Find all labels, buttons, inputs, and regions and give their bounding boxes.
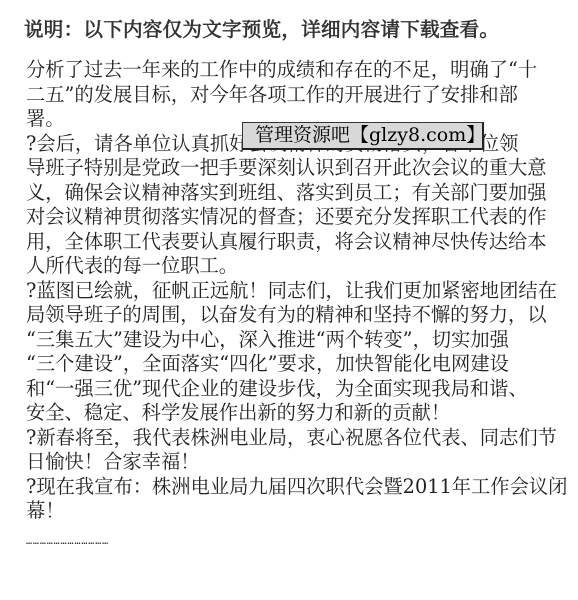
text-line: 导班子特别是党政一把手要深刻认识到召开此次会议的重大意 [26, 156, 566, 181]
text-line: ?蓝图已绘就，征帆正远航！同志们，让我们更加紧密地团结在 [26, 279, 566, 304]
text-line: 安全、稳定、科学发展作出新的努力和新的贡献！ [26, 401, 566, 426]
text-line: “三集五大”建设为中心，深入推进“两个转变”，切实加强 [26, 328, 566, 353]
text-line: 对会议精神贯彻落实情况的督查；还要充分发挥职工代表的作 [26, 205, 566, 230]
watermark-banner: 管理资源吧【glzy8.com】 [242, 122, 484, 150]
preview-notice-heading: 说明：以下内容仅为文字预览，详细内容请下载查看。 [24, 17, 499, 43]
text-line: 幕！ [26, 499, 566, 524]
text-line: 和“一强三优”现代企业的建设步伐，为全面实现我局和谐、 [26, 377, 566, 402]
ellipsis-separator: ……………………………… [26, 536, 109, 548]
text-line: 日愉快！合家幸福！ [26, 450, 566, 475]
text-line: ?新春将至，我代表株洲电业局，衷心祝愿各位代表、同志们节 [26, 426, 566, 451]
text-line: 二五”的发展目标，对今年各项工作的开展进行了安排和部 [26, 83, 566, 108]
text-line: 义，确保会议精神落实到班组、落实到员工；有关部门要加强 [26, 181, 566, 206]
text-line: 用，全体职工代表要认真履行职责，将会议精神尽快传达给本 [26, 230, 566, 255]
text-line: 人所代表的每一位职工。 [26, 254, 566, 279]
text-line: 分析了过去一年来的工作中的成绩和存在的不足，明确了“十 [26, 58, 566, 83]
text-line: “三个建设”，全面落实“四化”要求，加快智能化电网建设 [26, 352, 566, 377]
text-line: 局领导班子的周围，以奋发有为的精神和坚持不懈的努力，以 [26, 303, 566, 328]
text-line: ?现在我宣布：株洲电业局九届四次职代会暨2011年工作会议闭 [26, 475, 566, 500]
